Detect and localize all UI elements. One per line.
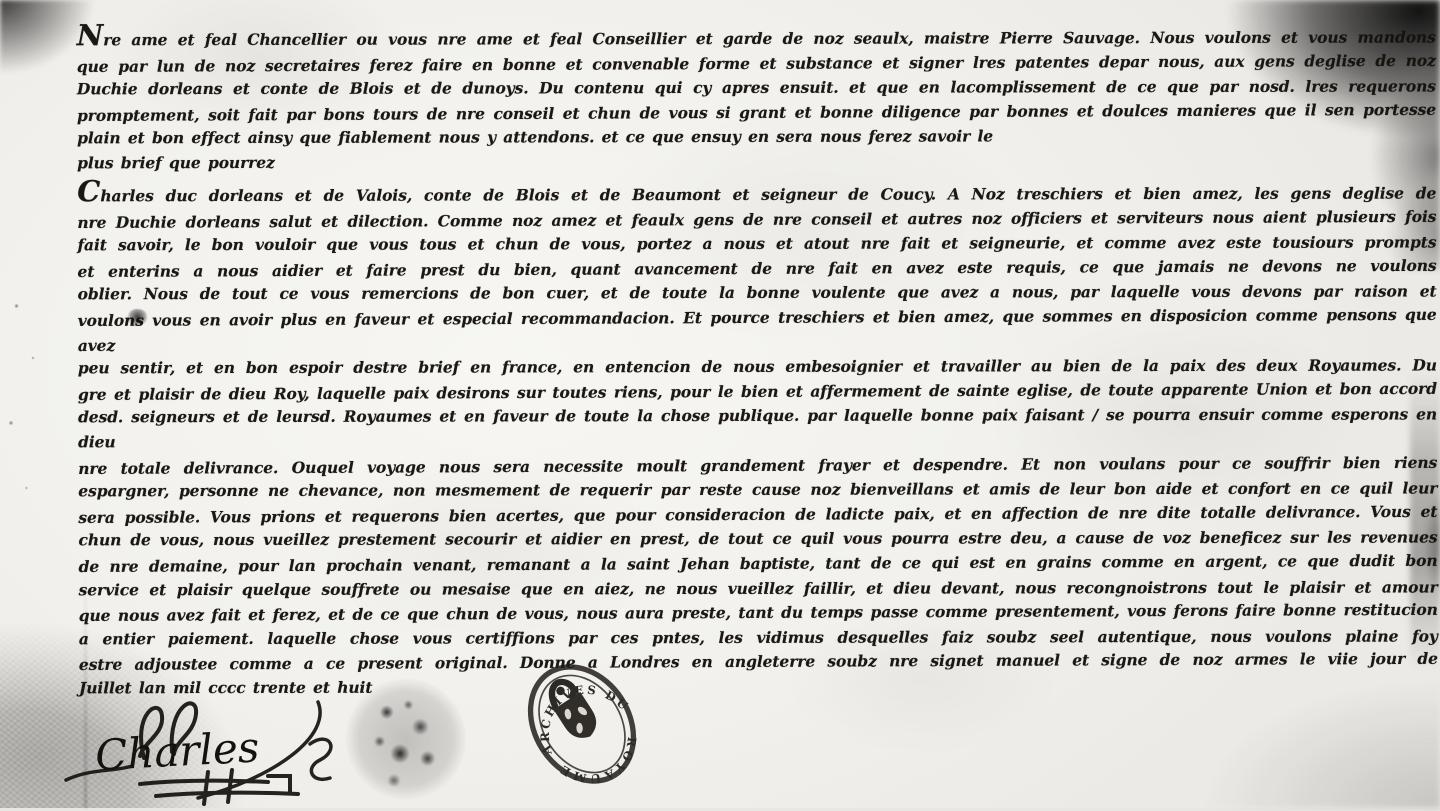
manuscript-line: desd. seigneurs et de leursd. Royaumes e… <box>78 403 1437 455</box>
manuscript-line: de nre demaine, pour lan prochain venant… <box>79 549 1438 580</box>
signature-text: Charles <box>94 722 260 780</box>
manuscript-line: plain et bon effect ainsy que fiablement… <box>77 124 1436 176</box>
archive-stamp: ARCHIVES DU ROYAUME <box>514 644 650 804</box>
preamble-paragraph: Nre ame et feal Chancellier ou vous nre … <box>77 19 1437 176</box>
manuscript-line: Charles duc dorleans et de Valois, conte… <box>77 176 1436 208</box>
manuscript-line: voulons vous en avoir plus en faveur et … <box>78 303 1437 358</box>
signature-charles: Charles <box>56 684 368 808</box>
manuscript-line: Nre ame et feal Chancellier ou vous nre … <box>77 20 1436 52</box>
manuscript-photo: Nre ame et feal Chancellier ou vous nre … <box>0 0 1440 808</box>
body-paragraph: Charles duc dorleans et de Valois, conte… <box>77 175 1438 701</box>
